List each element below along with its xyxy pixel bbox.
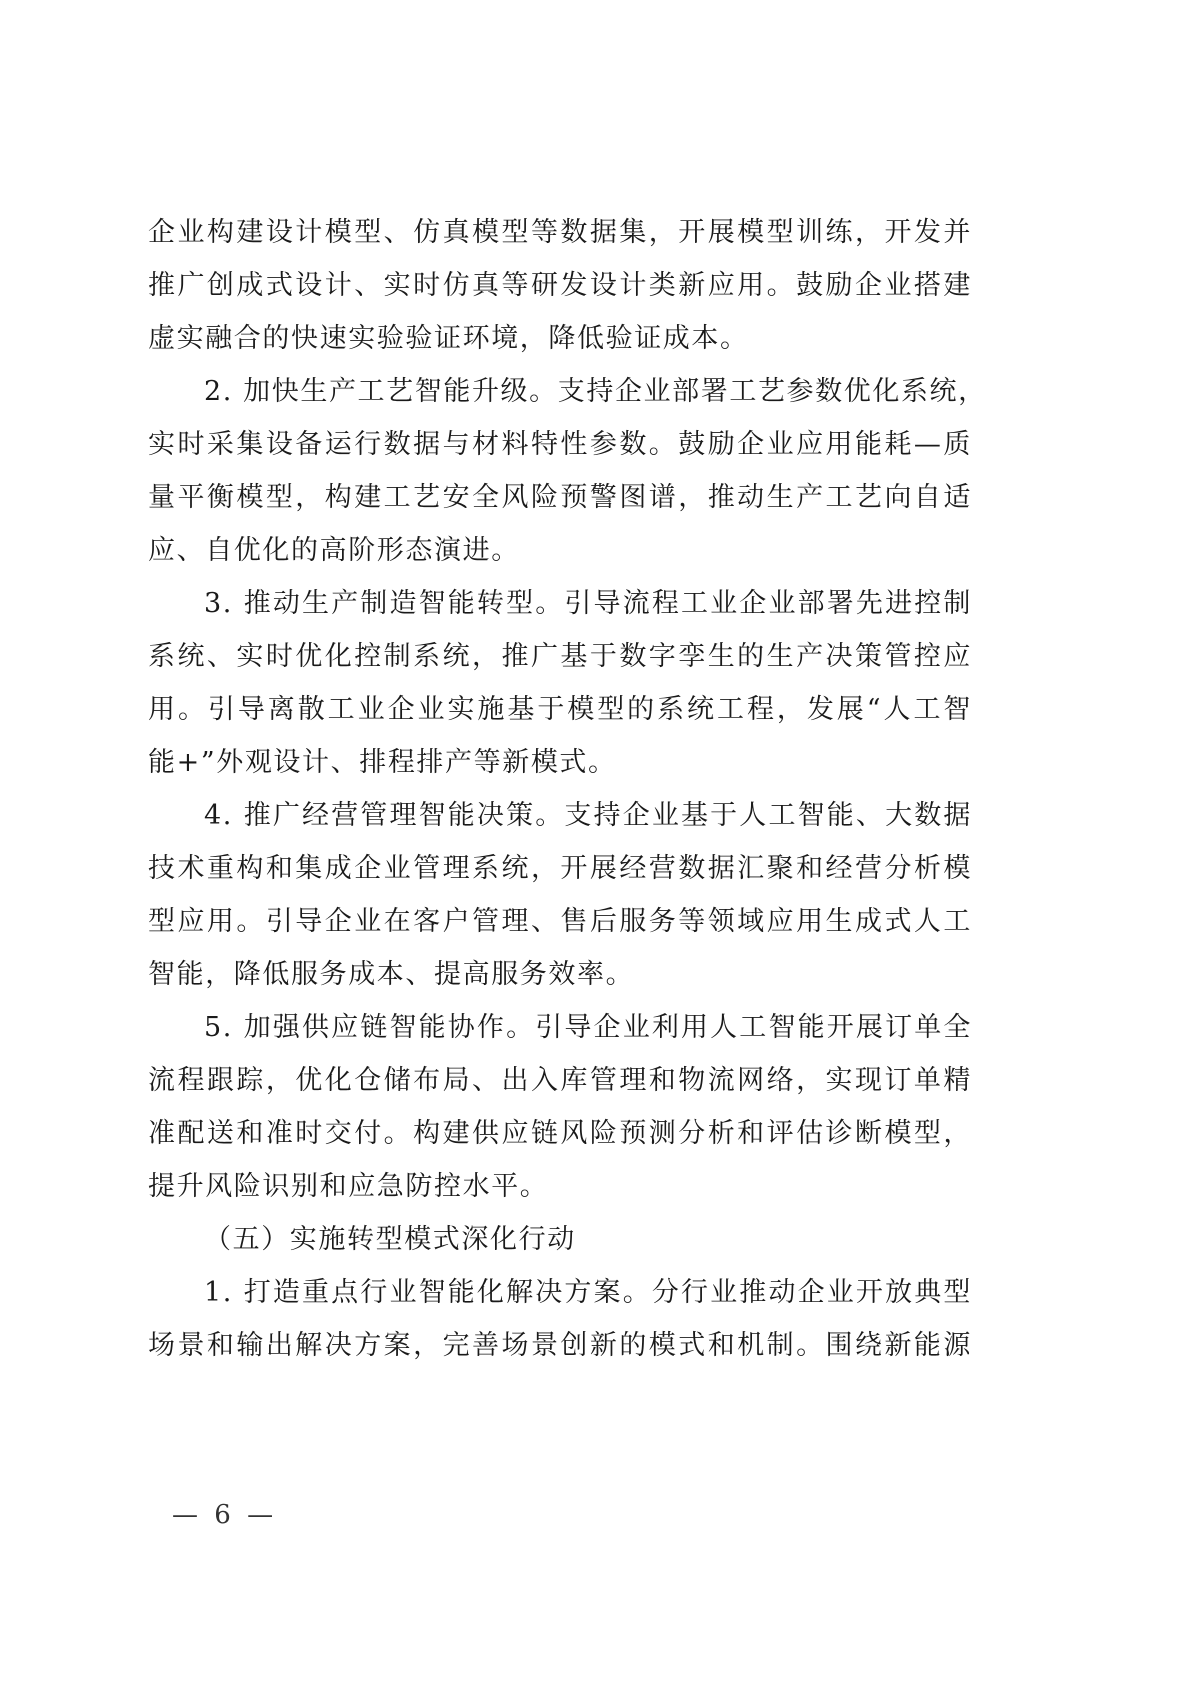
text-line: 系统、实时优化控制系统，推广基于数字孪生的生产决策管控应 (148, 630, 972, 683)
text-line: 准配送和准时交付。构建供应链风险预测分析和评估诊断模型， (148, 1107, 972, 1160)
paragraph-item-4: 4. 推广经营管理智能决策。支持企业基于人工智能、大数据 技术重构和集成企业管理… (148, 789, 972, 1001)
text-line: 流程跟踪，优化仓储布局、出入库管理和物流网络，实现订单精 (148, 1054, 972, 1107)
text-line: 4. 推广经营管理智能决策。支持企业基于人工智能、大数据 (148, 789, 972, 842)
paragraph-item-5: 5. 加强供应链智能协作。引导企业利用人工智能开展订单全 流程跟踪，优化仓储布局… (148, 1001, 972, 1213)
text-line: 场景和输出解决方案，完善场景创新的模式和机制。围绕新能源 (148, 1319, 972, 1372)
text-line: 实时采集设备运行数据与材料特性参数。鼓励企业应用能耗—质 (148, 418, 972, 471)
paragraph-continuation: 企业构建设计模型、仿真模型等数据集，开展模型训练，开发并 推广创成式设计、实时仿… (148, 206, 972, 365)
text-line: 用。引导离散工业企业实施基于模型的系统工程，发展“人工智 (148, 683, 972, 736)
text-line: 虚实融合的快速实验验证环境，降低验证成本。 (148, 312, 972, 365)
text-line: 量平衡模型，构建工艺安全风险预警图谱，推动生产工艺向自适 (148, 471, 972, 524)
text-line: 企业构建设计模型、仿真模型等数据集，开展模型训练，开发并 (148, 206, 972, 259)
paragraph-item-3: 3. 推动生产制造智能转型。引导流程工业企业部署先进控制 系统、实时优化控制系统… (148, 577, 972, 789)
page-number: — 6 — (172, 1500, 277, 1530)
text-line: 能+”外观设计、排程排产等新模式。 (148, 736, 972, 789)
paragraph-item-2: 2. 加快生产工艺智能升级。支持企业部署工艺参数优化系统， 实时采集设备运行数据… (148, 365, 972, 577)
text-line: 智能，降低服务成本、提高服务效率。 (148, 948, 972, 1001)
text-line: 2. 加快生产工艺智能升级。支持企业部署工艺参数优化系统， (148, 365, 972, 418)
text-line: 型应用。引导企业在客户管理、售后服务等领域应用生成式人工 (148, 895, 972, 948)
text-line: 1. 打造重点行业智能化解决方案。分行业推动企业开放典型 (148, 1266, 972, 1319)
document-body: 企业构建设计模型、仿真模型等数据集，开展模型训练，开发并 推广创成式设计、实时仿… (148, 206, 972, 1372)
text-line: 技术重构和集成企业管理系统，开展经营数据汇聚和经营分析模 (148, 842, 972, 895)
text-line: 3. 推动生产制造智能转型。引导流程工业企业部署先进控制 (148, 577, 972, 630)
section-heading: （五）实施转型模式深化行动 (148, 1213, 972, 1266)
text-line: 应、自优化的高阶形态演进。 (148, 524, 972, 577)
text-line: 5. 加强供应链智能协作。引导企业利用人工智能开展订单全 (148, 1001, 972, 1054)
text-line: 推广创成式设计、实时仿真等研发设计类新应用。鼓励企业搭建 (148, 259, 972, 312)
text-line: 提升风险识别和应急防控水平。 (148, 1160, 972, 1213)
paragraph-item-1: 1. 打造重点行业智能化解决方案。分行业推动企业开放典型 场景和输出解决方案，完… (148, 1266, 972, 1372)
